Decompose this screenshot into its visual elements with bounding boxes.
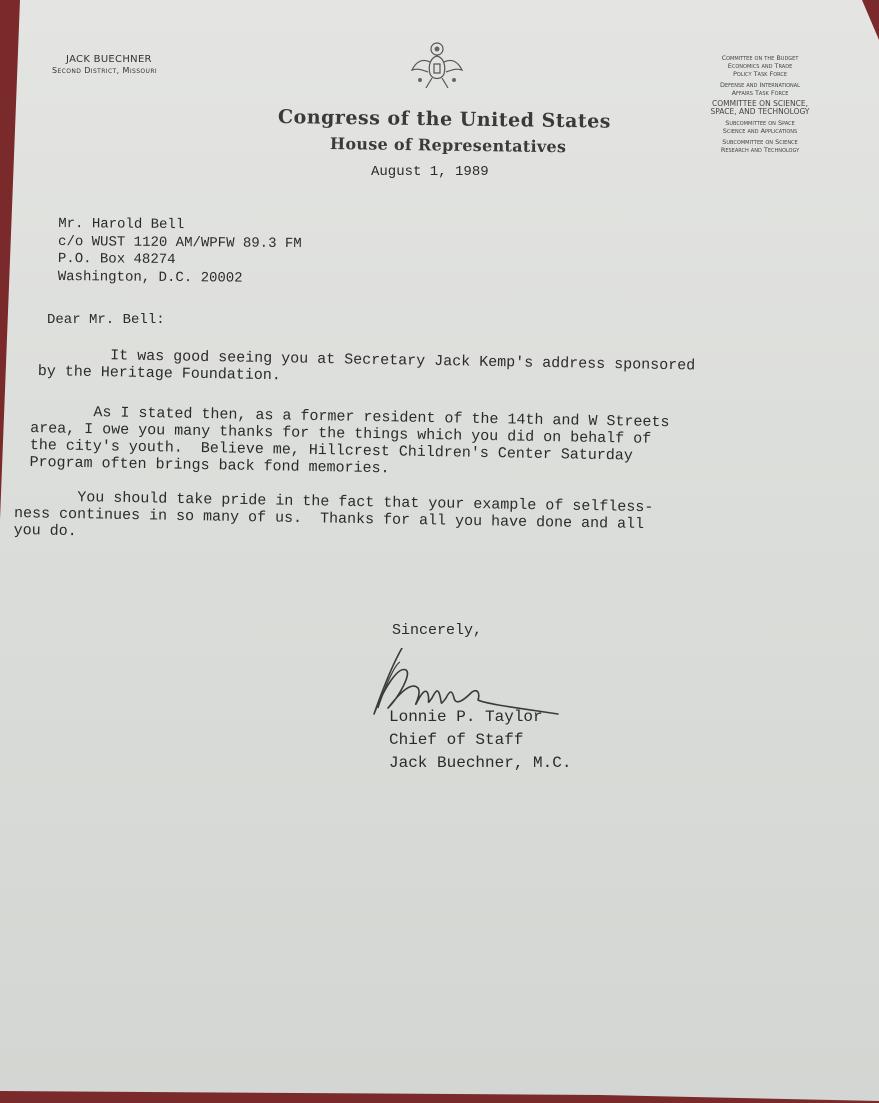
letterhead-subtitle: House of Representatives: [330, 134, 567, 156]
letterhead-title: Congress of the United States: [278, 106, 611, 133]
committee-list: Committee on the Budget Economics and Tr…: [690, 54, 830, 157]
committee-line: Policy Task Force: [690, 70, 830, 78]
committee-group: Subcommittee on Space Science and Applic…: [690, 119, 830, 135]
committee-line: SPACE, AND TECHNOLOGY: [690, 108, 830, 116]
body-paragraph-1: It was good seeing you at Secretary Jack…: [38, 346, 696, 391]
signature-block: Lonnie P. Taylor Chief of Staff Jack Bue…: [389, 706, 571, 775]
signer-title: Chief of Staff: [389, 729, 571, 752]
committee-line: Science and Applications: [690, 127, 830, 135]
letter-page: JACK BUECHNER Second District, Missouri …: [0, 0, 879, 1103]
committee-line: Economics and Trade: [690, 62, 830, 70]
body-paragraph-3: You should take pride in the fact that y…: [14, 488, 654, 550]
committee-line: Affairs Task Force: [690, 89, 830, 97]
salutation: Dear Mr. Bell:: [47, 312, 165, 328]
committee-group: COMMITTEE ON SCIENCE, SPACE, AND TECHNOL…: [690, 100, 830, 116]
committee-line: Defense and International: [690, 81, 830, 89]
committee-line: Research and Technology: [690, 146, 830, 154]
committee-line: Subcommittee on Science: [690, 138, 830, 146]
signer-name: Lonnie P. Taylor: [389, 706, 571, 729]
committee-line: Committee on the Budget: [690, 54, 830, 62]
representative-district: Second District, Missouri: [52, 66, 157, 75]
body-paragraph-2: As I stated then, as a former resident o…: [29, 403, 669, 482]
representative-name: JACK BUECHNER: [66, 54, 152, 65]
committee-group: Committee on the Budget Economics and Tr…: [690, 54, 830, 78]
recipient-name: Mr. Harold Bell: [58, 216, 302, 236]
great-seal-icon: [410, 40, 464, 92]
recipient-city: Washington, D.C. 20002: [58, 268, 302, 288]
signer-office: Jack Buechner, M.C.: [389, 752, 571, 775]
letter-date: August 1, 1989: [371, 164, 489, 180]
recipient-care-of: c/o WUST 1120 AM/WPFW 89.3 FM: [58, 234, 302, 254]
committee-line: Subcommittee on Space: [690, 119, 830, 127]
closing: Sincerely,: [392, 622, 482, 639]
committee-group: Subcommittee on Science Research and Tec…: [690, 138, 830, 154]
recipient-address: Mr. Harold Bell c/o WUST 1120 AM/WPFW 89…: [58, 216, 302, 288]
committee-group: Defense and International Affairs Task F…: [690, 81, 830, 97]
recipient-po-box: P.O. Box 48274: [58, 251, 302, 271]
